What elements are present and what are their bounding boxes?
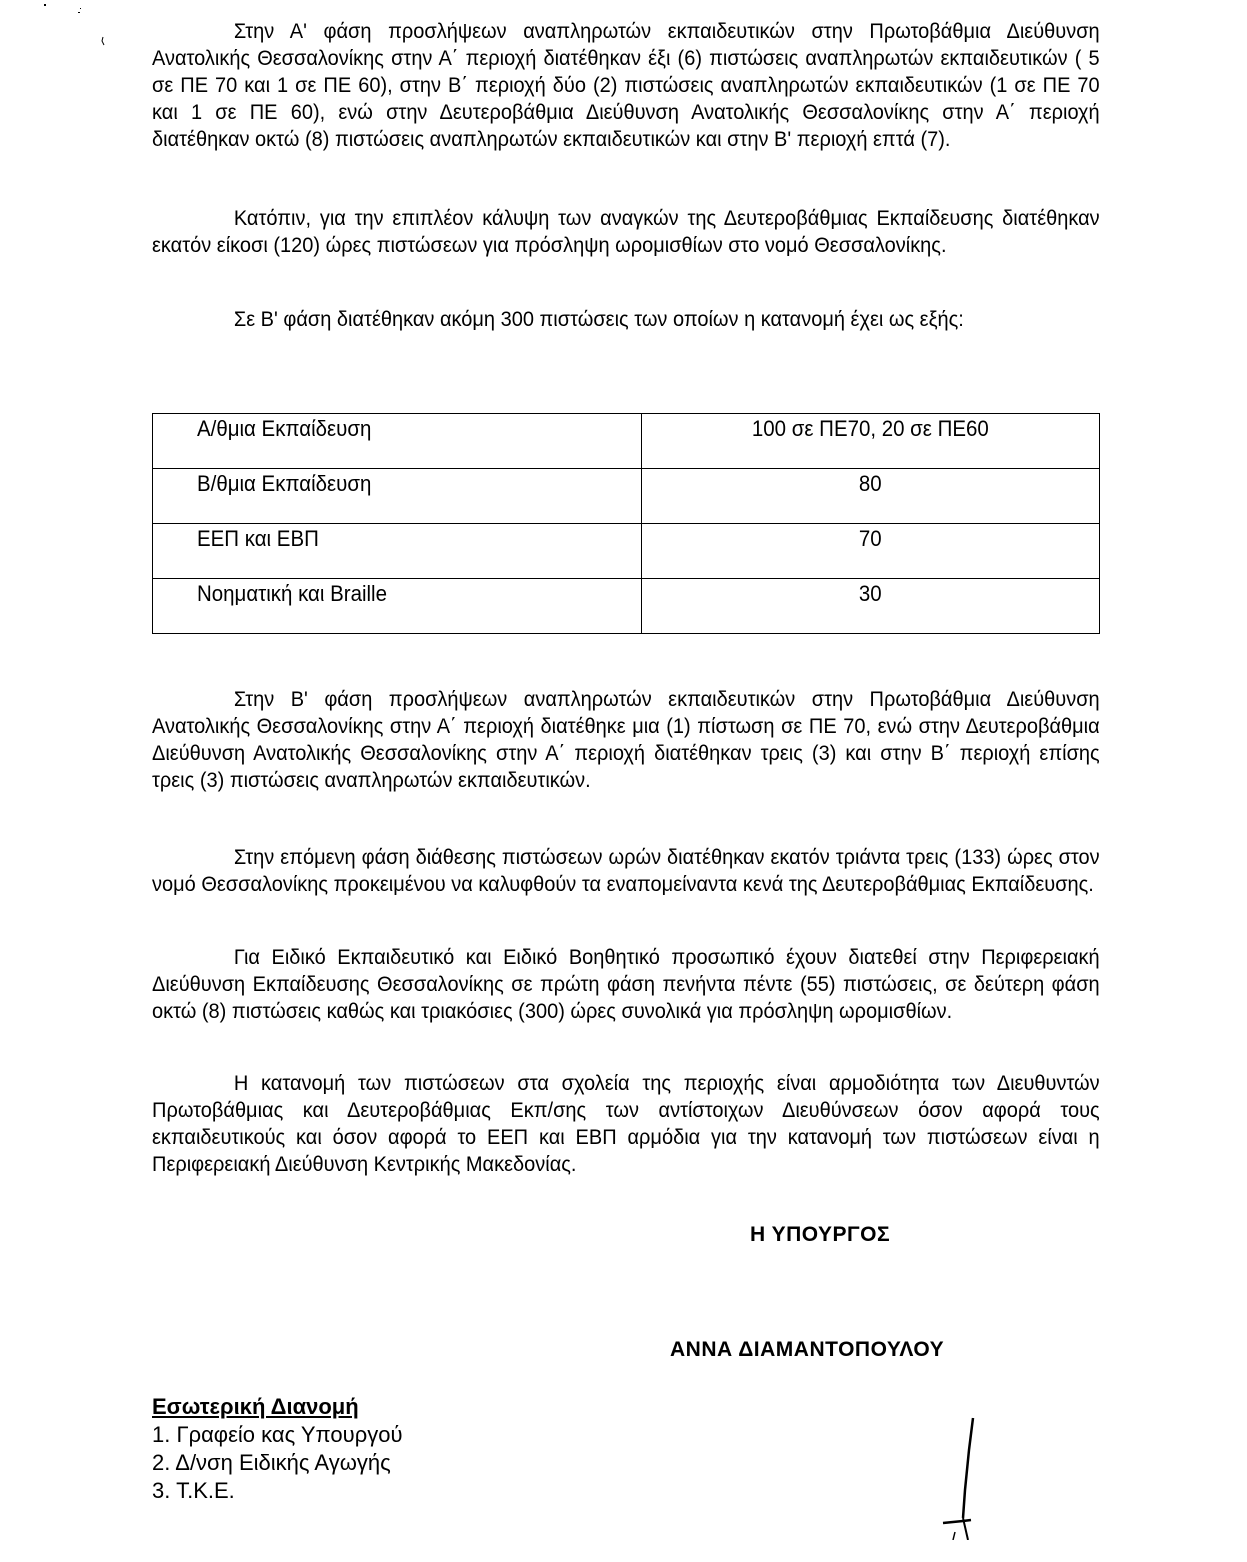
table-cell-label: Νοηματική και Braille (153, 579, 642, 634)
paragraph-phase-b-intro: Σε Β' φάση διατέθηκαν ακόμη 300 πιστώσει… (152, 306, 1100, 333)
distribution-item: 3. Τ.Κ.Ε. (152, 1477, 402, 1505)
table-row: ΕΕΠ και ΕΒΠ 70 (153, 524, 1100, 579)
scan-artifacts (0, 0, 150, 60)
table-cell-label: ΕΕΠ και ΕΒΠ (153, 524, 642, 579)
distribution-item: 1. Γραφείο κας Υπουργού (152, 1421, 402, 1449)
table-cell-value: 30 (642, 579, 1100, 634)
internal-distribution: Εσωτερική Διανομή 1. Γραφείο κας Υπουργο… (152, 1393, 402, 1505)
paragraph-phase-a: Στην Α' φάση προσλήψεων αναπληρωτών εκπα… (152, 18, 1100, 153)
signer-name: ΑΝΝΑ ΔΙΑΜΑΝΤΟΠΟΥΛΟΥ (670, 1338, 944, 1362)
paragraph-special-staff: Για Ειδικό Εκπαιδευτικό και Ειδικό Βοηθη… (152, 944, 1100, 1025)
table-cell-label: Β/θμια Εκπαίδευση (153, 469, 642, 524)
table-row: Α/θμια Εκπαίδευση 100 σε ΠΕ70, 20 σε ΠΕ6… (153, 414, 1100, 469)
paragraph-phase-b: Στην Β' φάση προσλήψεων αναπληρωτών εκπα… (152, 686, 1100, 794)
distribution-title: Εσωτερική Διανομή (152, 1394, 359, 1419)
paragraph-additional-hours: Κατόπιν, για την επιπλέον κάλυψη των ανα… (152, 205, 1100, 259)
allocation-table: Α/θμια Εκπαίδευση 100 σε ΠΕ70, 20 σε ΠΕ6… (152, 413, 1100, 634)
table-cell-label: Α/θμια Εκπαίδευση (153, 414, 642, 469)
handwritten-signature-icon (935, 1410, 995, 1540)
signer-title: Η ΥΠΟΥΡΓΟΣ (750, 1223, 890, 1247)
paragraph-allocation-authority: Η κατανομή των πιστώσεων στα σχολεία της… (152, 1070, 1100, 1178)
distribution-item: 2. Δ/νση Ειδικής Αγωγής (152, 1449, 402, 1477)
table-cell-value: 80 (642, 469, 1100, 524)
paragraph-next-phase-hours: Στην επόμενη φάση διάθεσης πιστώσεων ωρώ… (152, 844, 1100, 898)
table-row: Β/θμια Εκπαίδευση 80 (153, 469, 1100, 524)
table-cell-value: 70 (642, 524, 1100, 579)
table-cell-value: 100 σε ΠΕ70, 20 σε ΠΕ60 (642, 414, 1100, 469)
table-row: Νοηματική και Braille 30 (153, 579, 1100, 634)
